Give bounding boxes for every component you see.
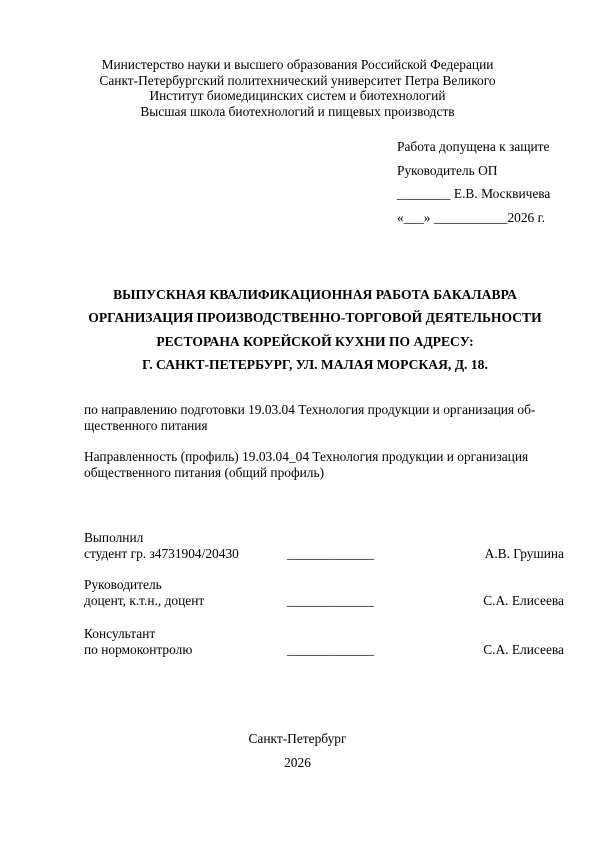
title-line-topic-1: ОРГАНИЗАЦИЯ ПРОИЗВОДСТВЕННО-ТОРГОВОЙ ДЕЯ… bbox=[0, 310, 595, 333]
school-line: Высшая школа биотехнологий и пищевых про… bbox=[0, 104, 595, 120]
title-line-type: ВЫПУСКНАЯ КВАЛИФИКАЦИОННАЯ РАБОТА БАКАЛА… bbox=[0, 287, 595, 310]
thesis-title: ВЫПУСКНАЯ КВАЛИФИКАЦИОННАЯ РАБОТА БАКАЛА… bbox=[0, 287, 595, 381]
title-line-topic-2: РЕСТОРАНА КОРЕЙСКОЙ КУХНИ ПО АДРЕСУ: bbox=[0, 334, 595, 357]
signature-line: _____________ bbox=[287, 546, 374, 562]
profile-line-1: Направленность (профиль) 19.03.04_04 Тех… bbox=[84, 449, 564, 465]
approval-date: «___» ___________2026 г. bbox=[397, 210, 550, 234]
signature-name: А.В. Грушина bbox=[485, 546, 564, 562]
title-line-address: Г. САНКТ-ПЕТЕРБУРГ, УЛ. МАЛАЯ МОРСКАЯ, Д… bbox=[0, 357, 595, 380]
signature-role: Руководитель bbox=[84, 577, 564, 593]
university-line: Санкт-Петербургский политехнический унив… bbox=[0, 73, 595, 89]
signature-name: С.А. Елисеева bbox=[483, 642, 564, 658]
signature-line: _____________ bbox=[287, 642, 374, 658]
footer-year: 2026 bbox=[0, 755, 595, 779]
direction-line-2: щественного питания bbox=[84, 418, 564, 434]
signature-line: _____________ bbox=[287, 593, 374, 609]
signature-consultant: Консультант по нормоконтролю ___________… bbox=[84, 626, 564, 657]
direction-line-1: по направлению подготовки 19.03.04 Техно… bbox=[84, 402, 564, 418]
signature-detail: студент гр. з4731904/20430 bbox=[84, 546, 239, 561]
footer-city: Санкт-Петербург bbox=[0, 731, 595, 755]
head-signature: ________ Е.В. Москвичева bbox=[397, 186, 550, 210]
direction-paragraph: по направлению подготовки 19.03.04 Техно… bbox=[84, 402, 564, 433]
signature-role: Выполнил bbox=[84, 530, 564, 546]
approval-block: Работа допущена к защите Руководитель ОП… bbox=[397, 139, 550, 233]
signature-performer: Выполнил студент гр. з4731904/20430 ____… bbox=[84, 530, 564, 561]
signature-supervisor: Руководитель доцент, к.т.н., доцент ____… bbox=[84, 577, 564, 608]
footer: Санкт-Петербург 2026 bbox=[0, 731, 595, 779]
signature-detail: по нормоконтролю bbox=[84, 642, 192, 657]
admitted-text: Работа допущена к защите bbox=[397, 139, 550, 163]
signature-detail: доцент, к.т.н., доцент bbox=[84, 593, 204, 608]
institute-line: Институт биомедицинских систем и биотехн… bbox=[0, 88, 595, 104]
profile-paragraph: Направленность (профиль) 19.03.04_04 Тех… bbox=[84, 449, 564, 480]
signature-name: С.А. Елисеева bbox=[483, 593, 564, 609]
ministry-line: Министерство науки и высшего образования… bbox=[0, 57, 595, 73]
institution-header: Министерство науки и высшего образования… bbox=[0, 57, 595, 119]
signature-role: Консультант bbox=[84, 626, 564, 642]
profile-line-2: общественного питания (общий профиль) bbox=[84, 465, 564, 481]
head-title: Руководитель ОП bbox=[397, 163, 550, 187]
